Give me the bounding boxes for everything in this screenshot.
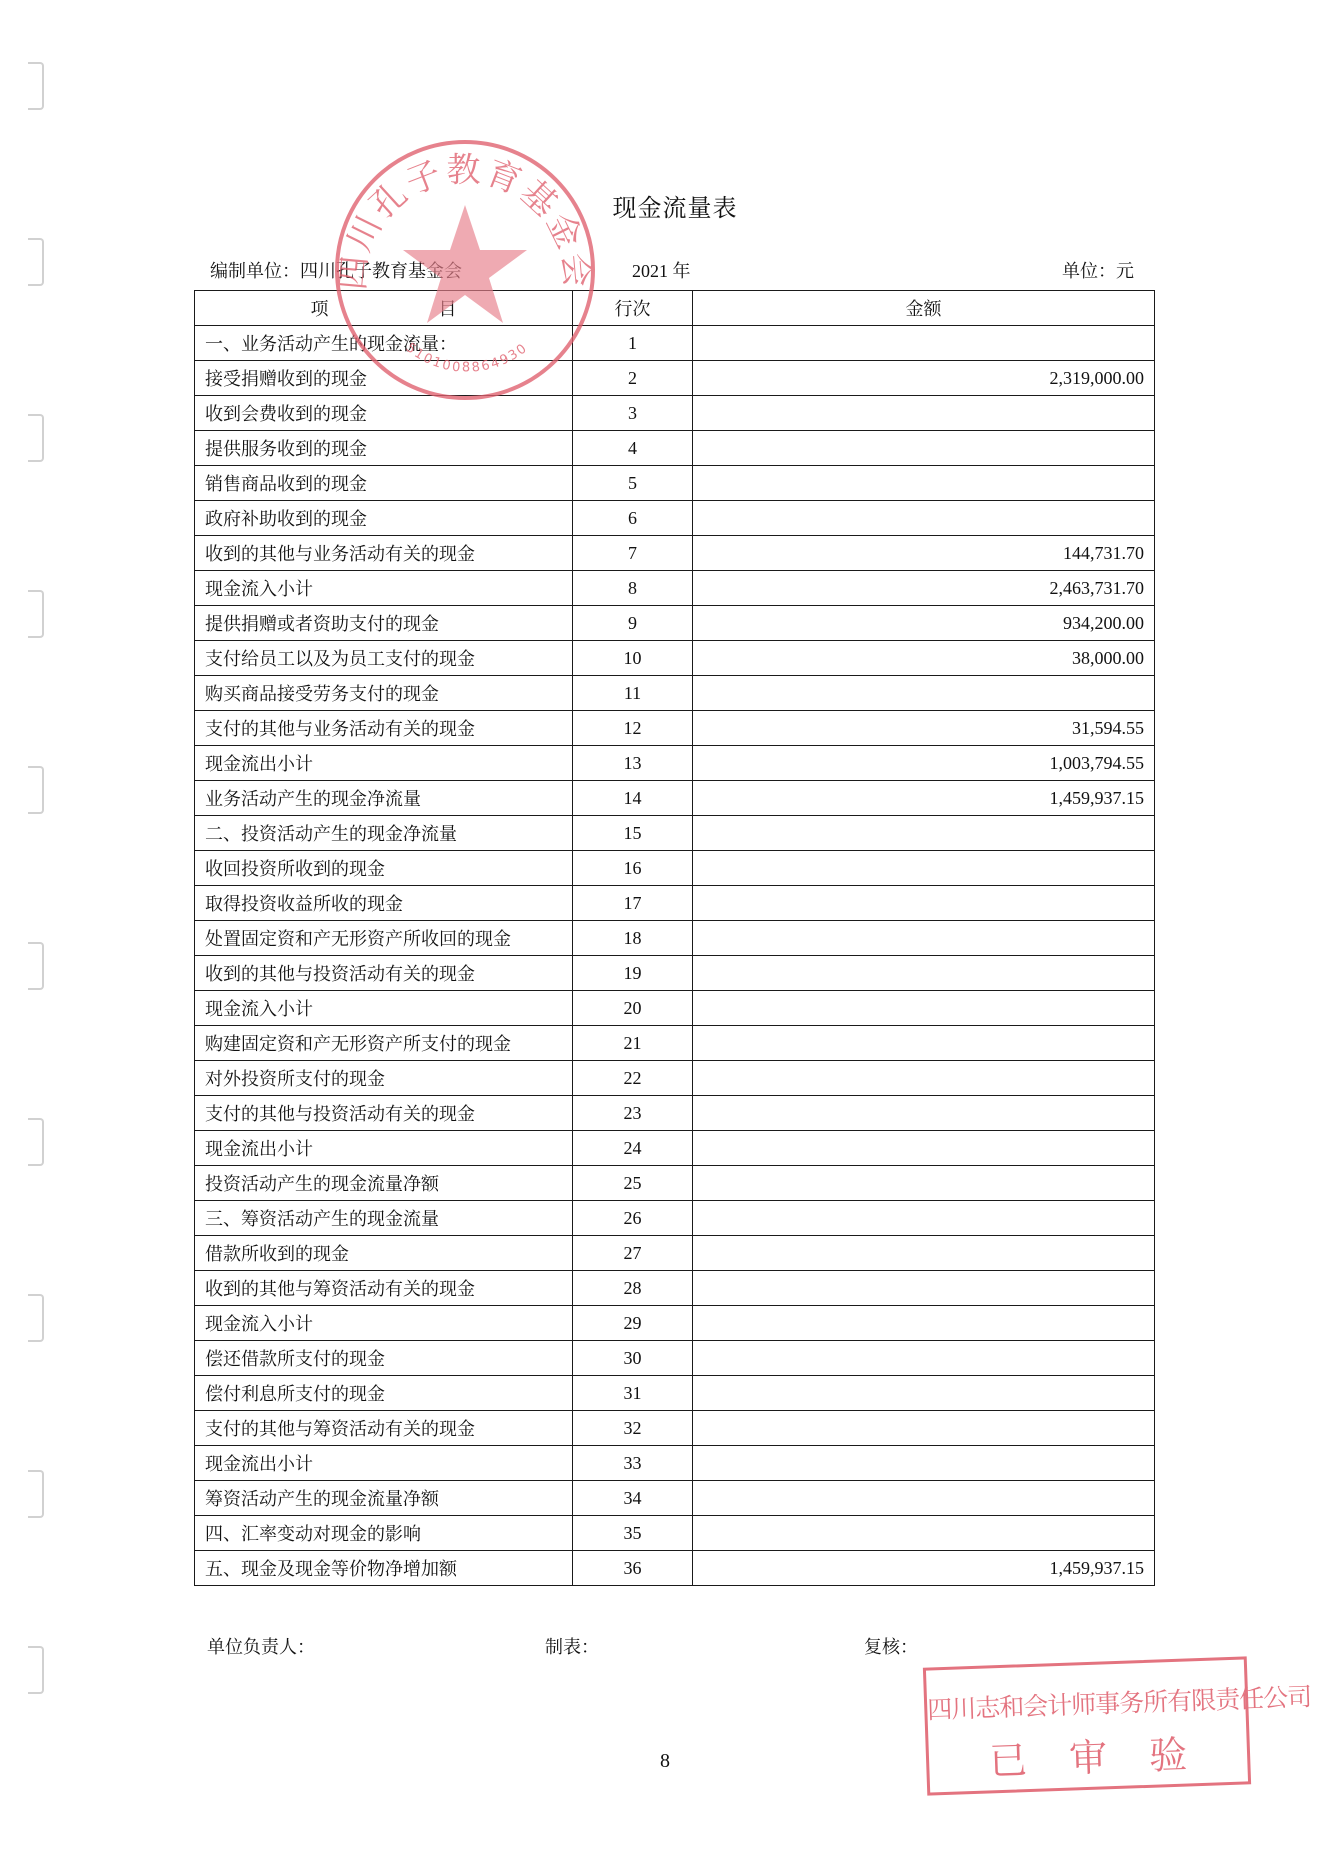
table-row: 偿还借款所支付的现金30: [195, 1341, 1155, 1376]
row-item: 现金流入小计: [195, 991, 573, 1026]
binding-hole-mark: [28, 62, 44, 110]
row-line-no: 33: [573, 1446, 693, 1481]
table-row: 支付的其他与投资活动有关的现金23: [195, 1096, 1155, 1131]
binding-hole-mark: [28, 1294, 44, 1342]
binding-hole-mark: [28, 238, 44, 286]
row-item: 收到的其他与筹资活动有关的现金: [195, 1271, 573, 1306]
row-line-no: 30: [573, 1341, 693, 1376]
binding-hole-mark: [28, 1646, 44, 1694]
row-amount: [693, 431, 1155, 466]
table-row: 收回投资所收到的现金16: [195, 851, 1155, 886]
row-amount: [693, 1166, 1155, 1201]
row-amount: [693, 396, 1155, 431]
row-line-no: 31: [573, 1376, 693, 1411]
row-item: 偿还借款所支付的现金: [195, 1341, 573, 1376]
header-item-a: 项: [311, 295, 329, 321]
binding-hole-mark: [28, 1470, 44, 1518]
row-amount: 2,319,000.00: [693, 361, 1155, 396]
row-amount: 2,463,731.70: [693, 571, 1155, 606]
binding-hole-mark: [28, 942, 44, 990]
document-title: 现金流量表: [600, 188, 750, 223]
table-row: 支付的其他与筹资活动有关的现金32: [195, 1411, 1155, 1446]
row-line-no: 6: [573, 501, 693, 536]
row-line-no: 1: [573, 326, 693, 361]
row-amount: 1,459,937.15: [693, 1551, 1155, 1586]
row-amount: [693, 1131, 1155, 1166]
row-amount: [693, 1341, 1155, 1376]
table-row: 收到的其他与投资活动有关的现金19: [195, 956, 1155, 991]
row-item: 支付的其他与业务活动有关的现金: [195, 711, 573, 746]
row-line-no: 26: [573, 1201, 693, 1236]
row-line-no: 12: [573, 711, 693, 746]
table-row: 支付的其他与业务活动有关的现金1231,594.55: [195, 711, 1155, 746]
table-row: 接受捐赠收到的现金22,319,000.00: [195, 361, 1155, 396]
row-item: 支付给员工以及为员工支付的现金: [195, 641, 573, 676]
row-line-no: 9: [573, 606, 693, 641]
row-amount: [693, 921, 1155, 956]
row-item: 接受捐赠收到的现金: [195, 361, 573, 396]
reviewer-signature-label: 复核：: [864, 1633, 918, 1659]
row-amount: 38,000.00: [693, 641, 1155, 676]
row-line-no: 32: [573, 1411, 693, 1446]
table-header-row: 项目 行次 金额: [195, 291, 1155, 326]
row-amount: [693, 1446, 1155, 1481]
row-item: 现金流出小计: [195, 1446, 573, 1481]
audit-status: 已审验: [928, 1721, 1248, 1787]
header-item: 项目: [195, 291, 573, 326]
row-item: 四、汇率变动对现金的影响: [195, 1516, 573, 1551]
row-amount: 934,200.00: [693, 606, 1155, 641]
row-amount: 31,594.55: [693, 711, 1155, 746]
table-row: 政府补助收到的现金6: [195, 501, 1155, 536]
row-amount: [693, 501, 1155, 536]
table-row: 二、投资活动产生的现金净流量15: [195, 816, 1155, 851]
table-row: 收到的其他与业务活动有关的现金7144,731.70: [195, 536, 1155, 571]
header-line-no: 行次: [573, 291, 693, 326]
row-amount: [693, 956, 1155, 991]
row-line-no: 10: [573, 641, 693, 676]
row-amount: [693, 1096, 1155, 1131]
row-line-no: 28: [573, 1271, 693, 1306]
row-line-no: 36: [573, 1551, 693, 1586]
binding-hole-mark: [28, 1118, 44, 1166]
row-amount: [693, 886, 1155, 921]
binding-hole-mark: [28, 414, 44, 462]
row-line-no: 22: [573, 1061, 693, 1096]
table-row: 对外投资所支付的现金22: [195, 1061, 1155, 1096]
row-amount: [693, 851, 1155, 886]
table-body: 一、业务活动产生的现金流量：1接受捐赠收到的现金22,319,000.00收到会…: [195, 326, 1155, 1586]
table-row: 收到会费收到的现金3: [195, 396, 1155, 431]
row-line-no: 13: [573, 746, 693, 781]
row-item: 支付的其他与投资活动有关的现金: [195, 1096, 573, 1131]
row-item: 提供捐赠或者资助支付的现金: [195, 606, 573, 641]
table-row: 投资活动产生的现金流量净额25: [195, 1166, 1155, 1201]
row-amount: [693, 1271, 1155, 1306]
row-item: 取得投资收益所收的现金: [195, 886, 573, 921]
table-row: 现金流出小计131,003,794.55: [195, 746, 1155, 781]
table-row: 借款所收到的现金27: [195, 1236, 1155, 1271]
row-amount: [693, 466, 1155, 501]
table-row: 销售商品收到的现金5: [195, 466, 1155, 501]
preparer-signature-label: 制表：: [545, 1633, 599, 1659]
row-line-no: 15: [573, 816, 693, 851]
row-line-no: 17: [573, 886, 693, 921]
row-item: 处置固定资和产无形资产所收回的现金: [195, 921, 573, 956]
row-amount: 144,731.70: [693, 536, 1155, 571]
row-item: 现金流入小计: [195, 571, 573, 606]
row-line-no: 29: [573, 1306, 693, 1341]
row-amount: [693, 1201, 1155, 1236]
row-line-no: 8: [573, 571, 693, 606]
row-amount: [693, 1026, 1155, 1061]
row-line-no: 18: [573, 921, 693, 956]
header-amount: 金额: [693, 291, 1155, 326]
row-item: 收回投资所收到的现金: [195, 851, 573, 886]
table-row: 取得投资收益所收的现金17: [195, 886, 1155, 921]
table-row: 偿付利息所支付的现金31: [195, 1376, 1155, 1411]
row-line-no: 14: [573, 781, 693, 816]
report-year: 2021 年: [632, 257, 691, 283]
row-item: 购建固定资和产无形资产所支付的现金: [195, 1026, 573, 1061]
table-row: 现金流入小计20: [195, 991, 1155, 1026]
currency-unit: 单位：元: [1062, 257, 1134, 283]
row-amount: 1,459,937.15: [693, 781, 1155, 816]
row-line-no: 4: [573, 431, 693, 466]
table-row: 购建固定资和产无形资产所支付的现金21: [195, 1026, 1155, 1061]
row-item: 三、筹资活动产生的现金流量: [195, 1201, 573, 1236]
table-row: 一、业务活动产生的现金流量：1: [195, 326, 1155, 361]
unit-head-signature-label: 单位负责人：: [207, 1633, 315, 1659]
row-item: 收到的其他与投资活动有关的现金: [195, 956, 573, 991]
table-row: 处置固定资和产无形资产所收回的现金18: [195, 921, 1155, 956]
table-row: 支付给员工以及为员工支付的现金1038,000.00: [195, 641, 1155, 676]
page-number: 8: [660, 1750, 670, 1773]
row-line-no: 19: [573, 956, 693, 991]
row-line-no: 3: [573, 396, 693, 431]
table-row: 现金流出小计33: [195, 1446, 1155, 1481]
row-line-no: 24: [573, 1131, 693, 1166]
header-item-b: 目: [439, 295, 457, 321]
table-row: 收到的其他与筹资活动有关的现金28: [195, 1271, 1155, 1306]
row-line-no: 2: [573, 361, 693, 396]
row-item: 政府补助收到的现金: [195, 501, 573, 536]
row-item: 提供服务收到的现金: [195, 431, 573, 466]
row-item: 支付的其他与筹资活动有关的现金: [195, 1411, 573, 1446]
cash-flow-table: 项目 行次 金额 一、业务活动产生的现金流量：1接受捐赠收到的现金22,319,…: [194, 290, 1155, 1586]
row-item: 销售商品收到的现金: [195, 466, 573, 501]
row-item: 现金流出小计: [195, 1131, 573, 1166]
row-line-no: 21: [573, 1026, 693, 1061]
row-amount: [693, 816, 1155, 851]
row-item: 投资活动产生的现金流量净额: [195, 1166, 573, 1201]
table-row: 提供捐赠或者资助支付的现金9934,200.00: [195, 606, 1155, 641]
row-amount: [693, 1306, 1155, 1341]
row-line-no: 34: [573, 1481, 693, 1516]
row-line-no: 23: [573, 1096, 693, 1131]
row-amount: [693, 1411, 1155, 1446]
row-item: 偿付利息所支付的现金: [195, 1376, 573, 1411]
preparing-organization: 编制单位：四川孔子教育基金会: [210, 257, 462, 283]
row-amount: 1,003,794.55: [693, 746, 1155, 781]
row-item: 借款所收到的现金: [195, 1236, 573, 1271]
row-item: 一、业务活动产生的现金流量：: [195, 326, 573, 361]
row-line-no: 5: [573, 466, 693, 501]
row-line-no: 11: [573, 676, 693, 711]
table-row: 四、汇率变动对现金的影响35: [195, 1516, 1155, 1551]
table-row: 业务活动产生的现金净流量141,459,937.15: [195, 781, 1155, 816]
table-row: 筹资活动产生的现金流量净额34: [195, 1481, 1155, 1516]
row-item: 五、现金及现金等价物净增加额: [195, 1551, 573, 1586]
row-item: 现金流出小计: [195, 746, 573, 781]
row-item: 收到的其他与业务活动有关的现金: [195, 536, 573, 571]
table-row: 现金流入小计29: [195, 1306, 1155, 1341]
row-line-no: 16: [573, 851, 693, 886]
audit-seal-stamp: 四川志和会计师事务所有限责任公司 已审验: [923, 1656, 1251, 1795]
row-item: 筹资活动产生的现金流量净额: [195, 1481, 573, 1516]
row-amount: [693, 1516, 1155, 1551]
row-amount: [693, 991, 1155, 1026]
row-line-no: 20: [573, 991, 693, 1026]
binding-hole-mark: [28, 766, 44, 814]
row-item: 现金流入小计: [195, 1306, 573, 1341]
row-item: 业务活动产生的现金净流量: [195, 781, 573, 816]
table-row: 五、现金及现金等价物净增加额361,459,937.15: [195, 1551, 1155, 1586]
row-line-no: 35: [573, 1516, 693, 1551]
table-row: 现金流入小计82,463,731.70: [195, 571, 1155, 606]
row-line-no: 7: [573, 536, 693, 571]
table-row: 三、筹资活动产生的现金流量26: [195, 1201, 1155, 1236]
row-item: 收到会费收到的现金: [195, 396, 573, 431]
row-amount: [693, 1376, 1155, 1411]
row-item: 二、投资活动产生的现金净流量: [195, 816, 573, 851]
table-row: 购买商品接受劳务支付的现金11: [195, 676, 1155, 711]
row-amount: [693, 676, 1155, 711]
audit-firm-name: 四川志和会计师事务所有限责任公司: [927, 1679, 1246, 1726]
row-item: 对外投资所支付的现金: [195, 1061, 573, 1096]
table-row: 提供服务收到的现金4: [195, 431, 1155, 466]
row-amount: [693, 1061, 1155, 1096]
row-line-no: 27: [573, 1236, 693, 1271]
row-item: 购买商品接受劳务支付的现金: [195, 676, 573, 711]
binding-hole-mark: [28, 590, 44, 638]
table-row: 现金流出小计24: [195, 1131, 1155, 1166]
row-amount: [693, 326, 1155, 361]
row-amount: [693, 1481, 1155, 1516]
row-amount: [693, 1236, 1155, 1271]
row-line-no: 25: [573, 1166, 693, 1201]
